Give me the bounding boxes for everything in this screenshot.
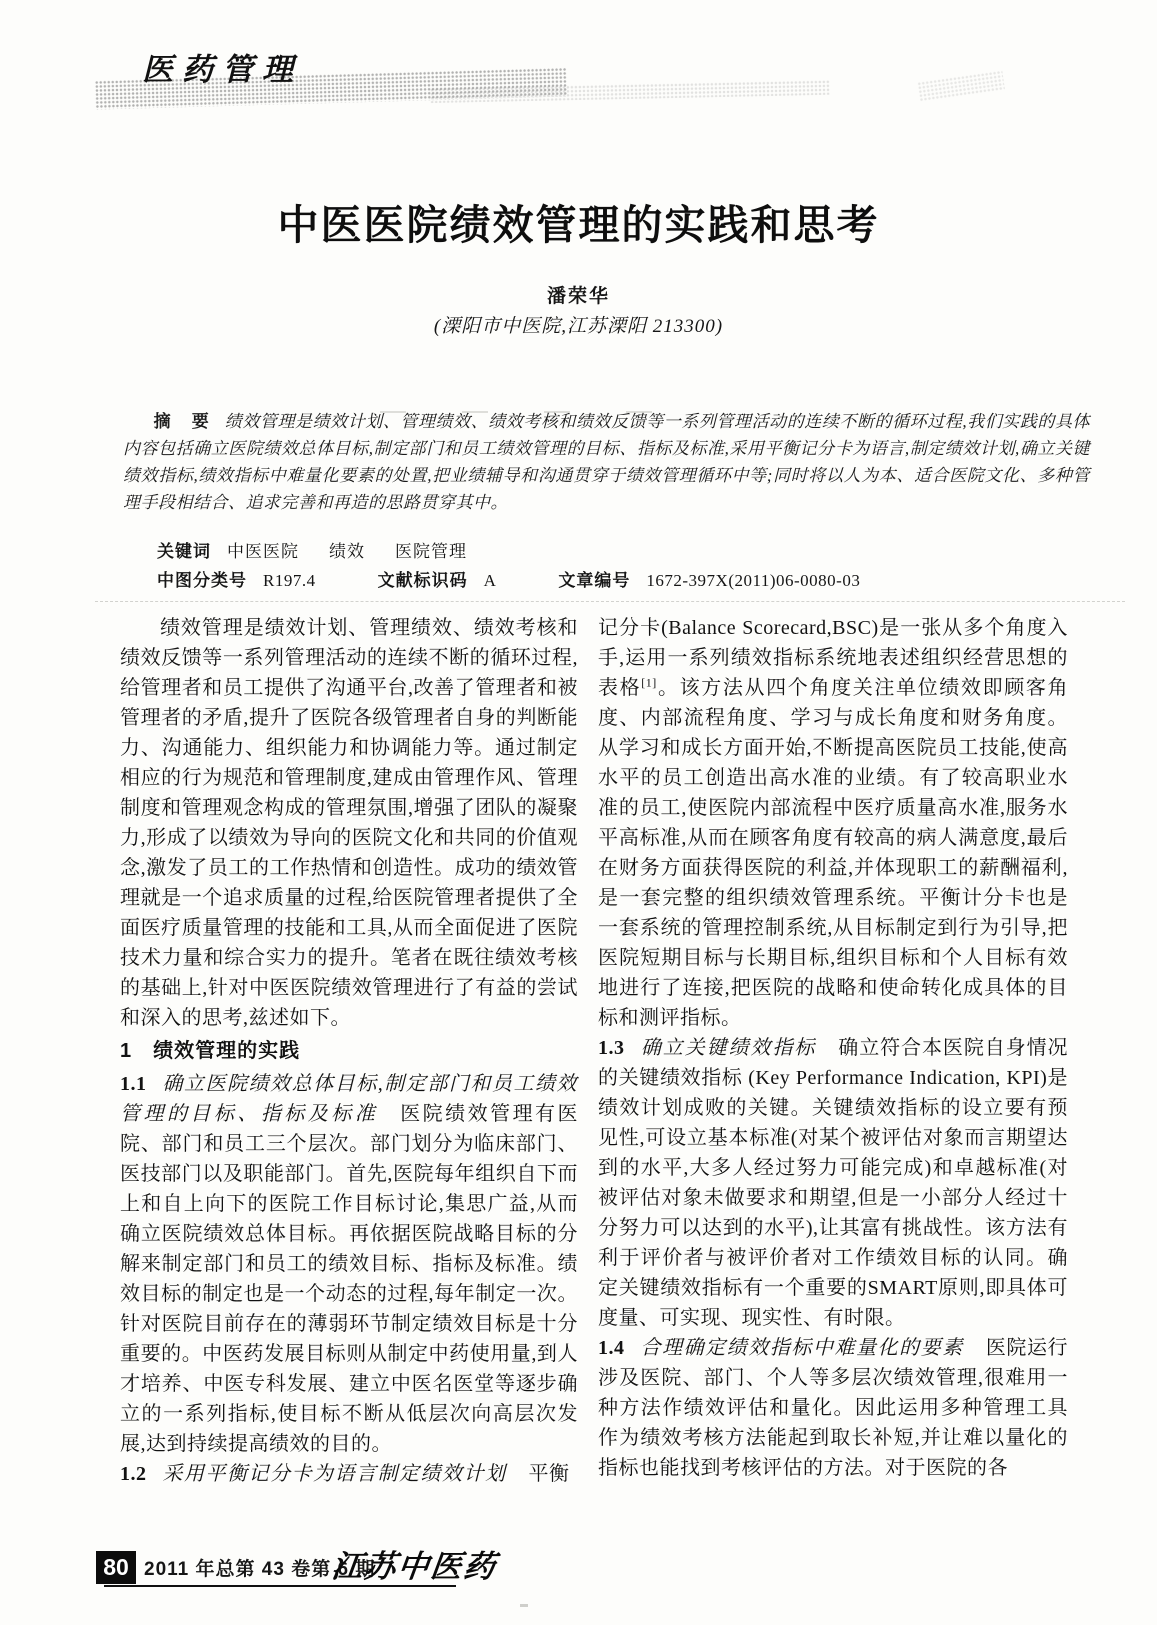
subsection-number: 1.3: [598, 1037, 625, 1059]
journal-name-logo: 江苏中医药: [329, 1541, 500, 1586]
clc-label: 中图分类号: [157, 571, 247, 590]
article-no-label: 文章编号: [558, 571, 630, 590]
keyword-item: 中医医院: [227, 542, 299, 561]
subsection-title: 确立关键绩效指标: [641, 1037, 817, 1059]
subsection-text: 确立符合本医院自身情况的关键绩效指标 (Key Performance Indi…: [598, 1037, 1068, 1329]
subsection-text: 平衡: [529, 1463, 570, 1485]
article-title: 中医医院绩效管理的实践和思考: [0, 192, 1157, 251]
doc-code-value: A: [484, 571, 497, 590]
abstract-block: 摘 要绩效管理是绩效计划、管理绩效、绩效考核和绩效反馈等一系列管理活动的连续不断…: [123, 408, 1090, 516]
article-body: 绩效管理是绩效计划、管理绩效、绩效考核和绩效反馈等一系列管理活动的连续不断的循环…: [120, 613, 1068, 1489]
body-paragraph: 记分卡(Balance Scorecard,BSC)是一张从多个角度入手,运用一…: [598, 613, 1068, 1033]
body-paragraph: 绩效管理是绩效计划、管理绩效、绩效考核和绩效反馈等一系列管理活动的连续不断的循环…: [120, 613, 578, 1033]
classification-row: 中图分类号R197.4文献标识码A文章编号1672-397X(2011)06-0…: [157, 566, 860, 591]
subsection-number: 1.2: [120, 1463, 147, 1485]
author-name: 潘荣华: [0, 281, 1157, 308]
journal-page: 医药管理 中医医院绩效管理的实践和思考 潘荣华 (溧阳市中医院,江苏溧阳 213…: [0, 0, 1157, 1625]
scan-artifact: [520, 1604, 528, 1607]
subsection-paragraph: 1.4合理确定绩效指标中难量化的要素医院运行涉及医院、部门、个人等多层次绩效管理…: [598, 1333, 1068, 1483]
right-column: 记分卡(Balance Scorecard,BSC)是一张从多个角度入手,运用一…: [598, 613, 1068, 1489]
article-no-value: 1672-397X(2011)06-0080-03: [646, 571, 860, 590]
subsection-paragraph: 1.2采用平衡记分卡为语言制定绩效计划平衡: [120, 1459, 578, 1489]
subsection-text: 医院绩效管理有医院、部门和员工三个层次。部门划分为临床部门、医技部门以及职能部门…: [120, 1103, 578, 1455]
scan-artifact: [380, 400, 860, 406]
brush-stroke-decoration: [917, 70, 1005, 102]
left-column: 绩效管理是绩效计划、管理绩效、绩效考核和绩效反馈等一系列管理活动的连续不断的循环…: [120, 613, 578, 1489]
column-header-label: 医药管理: [142, 44, 302, 89]
author-affiliation: (溧阳市中医院,江苏溧阳 213300): [0, 311, 1157, 338]
keyword-item: 绩效: [329, 542, 365, 561]
section-divider: [95, 601, 1125, 602]
doc-code-label: 文献标识码: [378, 571, 468, 590]
subsection-title: 采用平衡记分卡为语言制定绩效计划: [163, 1463, 507, 1485]
subsection-paragraph: 1.1确立医院绩效总体目标,制定部门和员工绩效管理的目标、指标及标准医院绩效管理…: [120, 1069, 578, 1459]
keyword-item: 医院管理: [395, 542, 467, 561]
keywords-label: 关键词: [157, 542, 211, 561]
subsection-number: 1.1: [120, 1073, 147, 1095]
section-heading: 1 绩效管理的实践: [120, 1036, 578, 1066]
page-number-badge: 80: [96, 1551, 136, 1584]
keywords-list: 中医医院绩效医院管理: [227, 542, 497, 561]
abstract-text: 绩效管理是绩效计划、管理绩效、绩效考核和绩效反馈等一系列管理活动的连续不断的循环…: [123, 412, 1090, 512]
keywords-row: 关键词中医医院绩效医院管理: [157, 537, 497, 562]
subsection-paragraph: 1.3确立关键绩效指标确立符合本医院自身情况的关键绩效指标 (Key Perfo…: [598, 1033, 1068, 1333]
subsection-title: 合理确定绩效指标中难量化的要素: [641, 1337, 964, 1359]
clc-value: R197.4: [263, 571, 316, 590]
footer-rule: [104, 1585, 456, 1587]
abstract-label: 摘 要: [154, 412, 211, 431]
subsection-number: 1.4: [598, 1337, 625, 1359]
